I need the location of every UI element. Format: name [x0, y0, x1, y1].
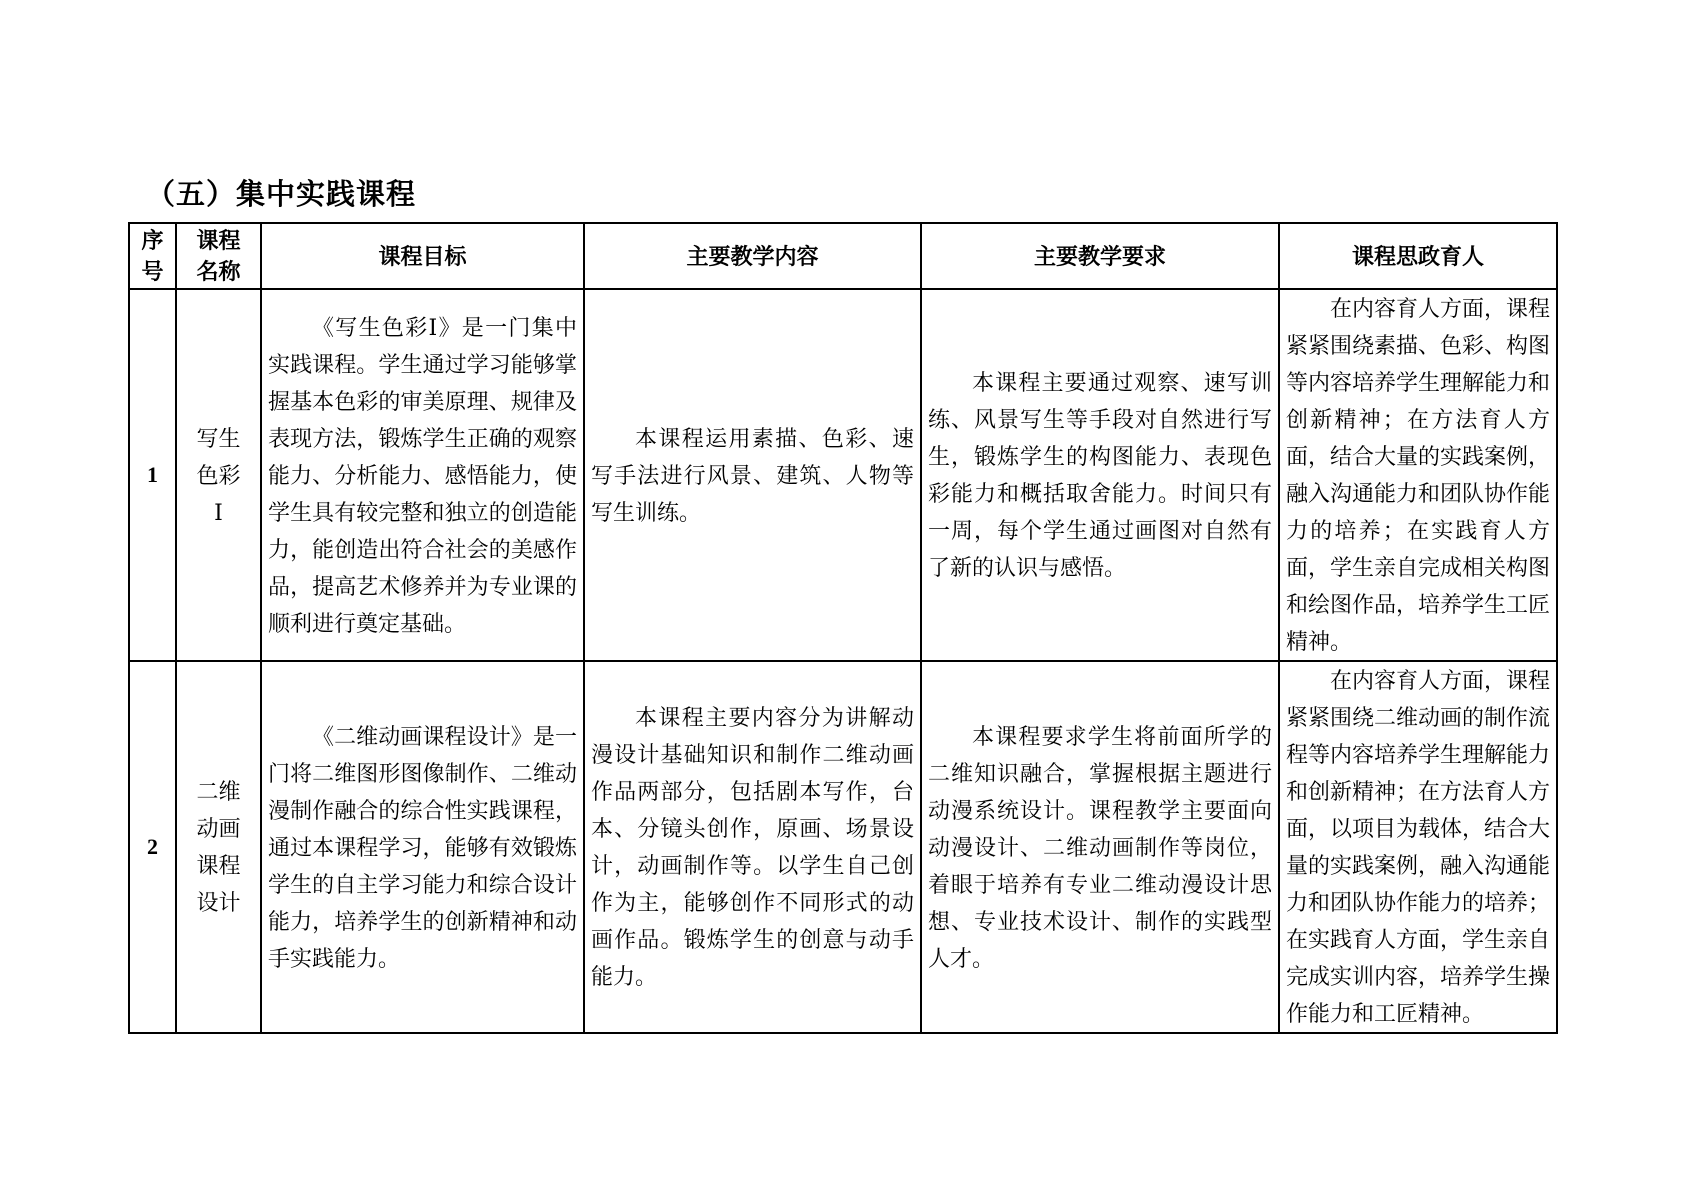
- ideology-education: 在内容育人方面，课程紧紧围绕二维动画的制作流程等内容培养学生理解能力和创新精神；…: [1279, 661, 1557, 1033]
- document-page: （五）集中实践课程 序号 课程名称 课程目标 主要教学内容 主要教学要求 课程思…: [0, 0, 1684, 1191]
- table-row: 1 写生 色彩 Ⅰ 《写生色彩Ⅰ》是一门集中实践课程。学生通过学习能够掌握基本色…: [129, 289, 1557, 661]
- col-header-index: 序号: [129, 223, 176, 289]
- course-name: 写生 色彩 Ⅰ: [176, 289, 261, 661]
- teaching-content: 本课程运用素描、色彩、速写手法进行风景、建筑、人物等写生训练。: [584, 289, 921, 661]
- table-row: 2 二维 动画 课程 设计 《二维动画课程设计》是一门将二维图形图像制作、二维动…: [129, 661, 1557, 1033]
- table-header-row: 序号 课程名称 课程目标 主要教学内容 主要教学要求 课程思政育人: [129, 223, 1557, 289]
- course-objectives: 《二维动画课程设计》是一门将二维图形图像制作、二维动漫制作融合的综合性实践课程，…: [261, 661, 584, 1033]
- col-header-ideology: 课程思政育人: [1279, 223, 1557, 289]
- row-index: 1: [129, 289, 176, 661]
- course-objectives: 《写生色彩Ⅰ》是一门集中实践课程。学生通过学习能够掌握基本色彩的审美原理、规律及…: [261, 289, 584, 661]
- teaching-requirements: 本课程主要通过观察、速写训练、风景写生等手段对自然进行写生，锻炼学生的构图能力、…: [921, 289, 1279, 661]
- col-header-content: 主要教学内容: [584, 223, 921, 289]
- course-name: 二维 动画 课程 设计: [176, 661, 261, 1033]
- teaching-requirements: 本课程要求学生将前面所学的二维知识融合，掌握根据主题进行动漫系统设计。课程教学主…: [921, 661, 1279, 1033]
- section-title: （五）集中实践课程: [146, 172, 416, 213]
- col-header-objectives: 课程目标: [261, 223, 584, 289]
- row-index: 2: [129, 661, 176, 1033]
- ideology-education: 在内容育人方面，课程紧紧围绕素描、色彩、构图等内容培养学生理解能力和创新精神；在…: [1279, 289, 1557, 661]
- col-header-course-name: 课程名称: [176, 223, 261, 289]
- practice-course-table: 序号 课程名称 课程目标 主要教学内容 主要教学要求 课程思政育人 1 写生 色…: [128, 222, 1558, 1034]
- col-header-requirements: 主要教学要求: [921, 223, 1279, 289]
- teaching-content: 本课程主要内容分为讲解动漫设计基础知识和制作二维动画作品两部分，包括剧本写作，台…: [584, 661, 921, 1033]
